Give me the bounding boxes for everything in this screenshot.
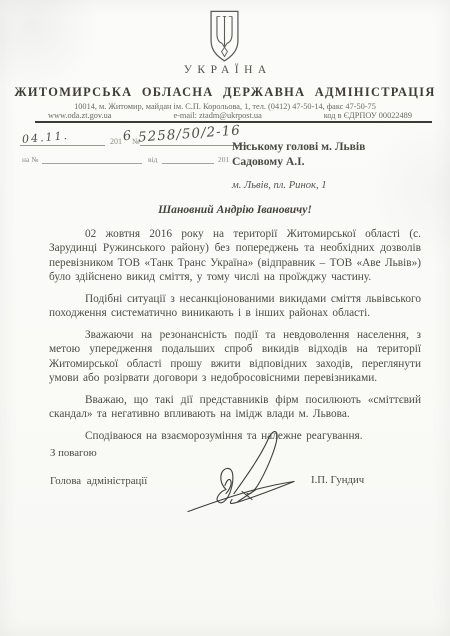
addressee-location: м. Львів, пл. Ринок, 1 bbox=[232, 180, 327, 191]
paragraph-4: Вважаю, що такі дії представників фірм п… bbox=[49, 393, 421, 422]
addressee-block: Міському голові м. Львів Садовому А.І. bbox=[232, 139, 432, 169]
paragraph-3: Зважаючи на резонансність події та невдо… bbox=[49, 328, 421, 386]
paragraph-2: Подібні ситуації з несанкціонованими вик… bbox=[49, 292, 421, 321]
organization-contacts: www.oda.zt.gov.ua e-mail: ztadm@ukrpost.… bbox=[48, 111, 412, 120]
ukraine-trident-emblem-icon bbox=[201, 8, 248, 65]
printed-year-stub: 201 bbox=[110, 137, 122, 146]
handwritten-date: 04.11. bbox=[22, 129, 70, 146]
handwritten-signature-icon bbox=[182, 424, 300, 519]
country-name: УКРАЇНА bbox=[0, 64, 450, 76]
letter-body: Шановний Андрію Івановичу! 02 жовтня 201… bbox=[49, 203, 421, 450]
from-date-underline bbox=[162, 163, 214, 164]
org-edrpou-code: код в ЄДРПОУ 00022489 bbox=[324, 111, 412, 120]
closing-phrase: З повагою bbox=[50, 447, 97, 459]
signer-job-title: Голова адміністрації bbox=[50, 475, 147, 487]
org-website: www.oda.zt.gov.ua bbox=[48, 111, 111, 120]
reply-ref-row: на № від 201 bbox=[20, 153, 250, 169]
outgoing-ref-row: 04.11. 201 6 № 5258/50/2-16 bbox=[20, 129, 250, 153]
org-email: e-mail: ztadm@ukrpost.ua bbox=[173, 111, 261, 120]
paragraph-1: 02 жовтня 2016 року на території Житомир… bbox=[49, 227, 421, 285]
salutation: Шановний Андрію Івановичу! bbox=[49, 203, 421, 218]
signer-name: І.П. Гундич bbox=[311, 474, 364, 486]
handwritten-year-digit: 6 bbox=[122, 128, 132, 144]
organization-name: ЖИТОМИРСЬКА ОБЛАСНА ДЕРЖАВНА АДМІНІСТРАЦ… bbox=[0, 85, 450, 100]
addressee-title: Міському голові м. Львів bbox=[232, 139, 432, 154]
date-underline bbox=[20, 145, 105, 146]
organization-address: 10014, м. Житомир, майдан ім. С.П. Корол… bbox=[0, 102, 450, 111]
from-date-label: від bbox=[148, 155, 157, 164]
reply-to-number-label: на № bbox=[22, 155, 38, 164]
reply-year-stub: 201 bbox=[218, 155, 229, 164]
reply-number-underline bbox=[42, 163, 142, 164]
addressee-name: Садовому А.І. bbox=[232, 154, 432, 169]
